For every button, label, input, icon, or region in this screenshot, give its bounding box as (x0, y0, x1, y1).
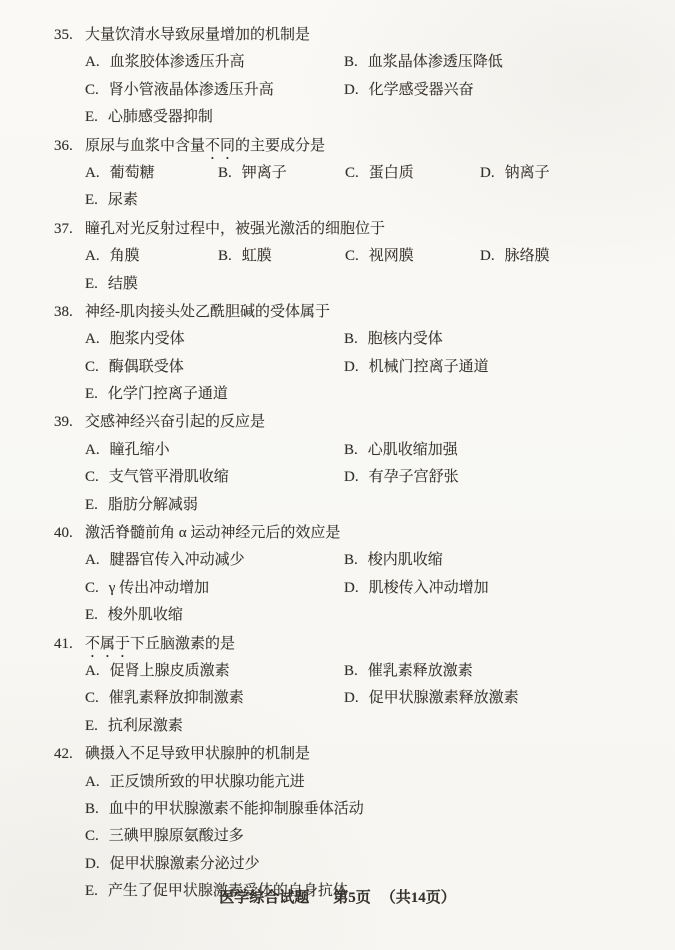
option-text: 葡萄糖 (110, 165, 155, 181)
option-text: γ 传出冲动增加 (109, 580, 209, 596)
option-c: C.肾小管液晶体渗透压升高 (85, 77, 344, 104)
option-text: 正反馈所致的甲状腺功能亢进 (110, 774, 305, 790)
option-label: C. (85, 580, 99, 596)
question-40: 40.激活脊髓前角 α 运动神经元后的效应是 A.腱器官传入冲动减少 B.梭内肌… (54, 520, 659, 630)
option-a: A.血浆胶体渗透压升高 (85, 49, 344, 76)
footer-exam-title: 医学综合试题 (219, 890, 309, 906)
question-stem-row: 36.原尿与血浆中含量不同的主要成分是 (54, 133, 659, 160)
option-a: A.腱器官传入冲动减少 (85, 547, 344, 574)
question-stem-row: 42.碘摄入不足导致甲状腺肿的机制是 (54, 741, 659, 768)
option-text: 催乳素释放激素 (368, 663, 473, 679)
option-label: E. (85, 109, 98, 125)
question-number: 36. (54, 133, 85, 160)
option-text: 支气管平滑肌收缩 (109, 469, 229, 485)
option-b: B.血中的甲状腺激素不能抑制腺垂体活动 (85, 801, 364, 817)
question-42: 42.碘摄入不足导致甲状腺肿的机制是 A.正反馈所致的甲状腺功能亢进 B.血中的… (54, 741, 659, 905)
option-text: 脉络膜 (505, 248, 550, 264)
question-39: 39.交感神经兴奋引起的反应是 A.瞳孔缩小 B.心肌收缩加强 C.支气管平滑肌… (54, 409, 659, 519)
stem-emphasis: 不属于 (85, 636, 130, 652)
question-number: 37. (54, 216, 85, 243)
question-number: 40. (54, 520, 85, 547)
question-number: 41. (54, 631, 85, 658)
option-text: 促甲状腺激素分泌过少 (110, 856, 260, 872)
option-text: 肌梭传入冲动增加 (369, 580, 489, 596)
option-text: 三碘甲腺原氨酸过多 (109, 828, 244, 844)
option-text: 角膜 (110, 248, 140, 264)
option-text: 胞浆内受体 (110, 331, 185, 347)
option-text: 促甲状腺激素释放激素 (369, 690, 519, 706)
option-text: 胞核内受体 (368, 331, 443, 347)
option-row: C.催乳素释放抑制激素 D.促甲状腺激素释放激素 (85, 685, 659, 712)
option-label: B. (344, 552, 358, 568)
question-stem-row: 37.瞳孔对光反射过程中，被强光激活的细胞位于 (54, 216, 659, 243)
option-text: 有孕子宫舒张 (369, 469, 459, 485)
question-stem-row: 38.神经-肌肉接头处乙酰胆碱的受体属于 (54, 299, 659, 326)
option-row: A.角膜 B.虹膜 C.视网膜 D.脉络膜 (85, 243, 659, 270)
option-d: D.有孕子宫舒张 (344, 464, 659, 491)
option-text: 脂肪分解减弱 (108, 497, 198, 513)
option-label: A. (85, 54, 100, 70)
stem-pre: 原尿与血浆中含量 (85, 138, 205, 154)
option-row: C.肾小管液晶体渗透压升高 D.化学感受器兴奋 (85, 77, 659, 104)
question-stem: 不属于下丘脑激素的是 (85, 636, 235, 652)
option-label: A. (85, 663, 100, 679)
question-35: 35.大量饮清水导致尿量增加的机制是 A.血浆胶体渗透压升高 B.血浆晶体渗透压… (54, 22, 659, 132)
option-c: C.视网膜 (345, 243, 480, 270)
option-text: 结膜 (108, 276, 138, 292)
option-label: B. (218, 248, 232, 264)
option-label: A. (85, 774, 100, 790)
option-a: A.胞浆内受体 (85, 326, 344, 353)
option-d: D.肌梭传入冲动增加 (344, 575, 659, 602)
question-37: 37.瞳孔对光反射过程中，被强光激活的细胞位于 A.角膜 B.虹膜 C.视网膜 … (54, 216, 659, 298)
question-number: 38. (54, 299, 85, 326)
option-d: D.脉络膜 (480, 243, 659, 270)
option-label: C. (85, 828, 99, 844)
stem-pre: 大量饮清水导致尿量增加的机制是 (85, 27, 310, 43)
option-text: 血中的甲状腺激素不能抑制腺垂体活动 (109, 801, 364, 817)
option-label: C. (85, 82, 99, 98)
option-text: 血浆胶体渗透压升高 (110, 54, 245, 70)
option-b: B.胞核内受体 (344, 326, 659, 353)
option-text: 梭内肌收缩 (368, 552, 443, 568)
question-41: 41.不属于下丘脑激素的是 A.促肾上腺皮质激素 B.催乳素释放激素 C.催乳素… (54, 631, 659, 741)
option-label: E. (85, 607, 98, 623)
option-d: D.促甲状腺激素释放激素 (344, 685, 659, 712)
option-label: C. (345, 165, 359, 181)
option-d: D.机械门控离子通道 (344, 354, 659, 381)
option-c: C.酶偶联受体 (85, 354, 344, 381)
question-stem: 神经-肌肉接头处乙酰胆碱的受体属于 (85, 304, 330, 320)
option-text: 抗利尿激素 (108, 718, 183, 734)
option-text: 催乳素释放抑制激素 (109, 690, 244, 706)
option-text: 血浆晶体渗透压降低 (368, 54, 503, 70)
option-e: E.梭外肌收缩 (85, 607, 183, 623)
option-text: 化学感受器兴奋 (369, 82, 474, 98)
option-label: B. (218, 165, 232, 181)
option-text: 肾小管液晶体渗透压升高 (109, 82, 274, 98)
option-b: B.钾离子 (218, 160, 345, 187)
option-b: B.虹膜 (218, 243, 345, 270)
option-label: C. (85, 690, 99, 706)
option-c: C.三碘甲腺原氨酸过多 (85, 828, 244, 844)
option-c: C.γ 传出冲动增加 (85, 575, 344, 602)
option-label: C. (345, 248, 359, 264)
question-stem-row: 40.激活脊髓前角 α 运动神经元后的效应是 (54, 520, 659, 547)
stem-post: 的主要成分是 (235, 138, 325, 154)
option-row: E.结膜 (85, 271, 659, 298)
option-text: 促肾上腺皮质激素 (110, 663, 230, 679)
stem-pre: 神经-肌肉接头处乙酰胆碱的受体属于 (85, 304, 330, 320)
option-text: 瞳孔缩小 (110, 442, 170, 458)
option-e: E.结膜 (85, 276, 138, 292)
option-label: D. (85, 856, 100, 872)
option-label: D. (344, 469, 359, 485)
option-text: 梭外肌收缩 (108, 607, 183, 623)
option-row: E.化学门控离子通道 (85, 381, 659, 408)
option-row: E.脂肪分解减弱 (85, 492, 659, 519)
option-b: B.心肌收缩加强 (344, 437, 659, 464)
option-row: C.支气管平滑肌收缩 D.有孕子宫舒张 (85, 464, 659, 491)
option-text: 腱器官传入冲动减少 (110, 552, 245, 568)
option-b: B.催乳素释放激素 (344, 658, 659, 685)
option-e: E.尿素 (85, 192, 138, 208)
question-stem-row: 35.大量饮清水导致尿量增加的机制是 (54, 22, 659, 49)
stem-pre: 瞳孔对光反射过程中，被强光激活的细胞位于 (85, 221, 385, 237)
question-number: 35. (54, 22, 85, 49)
option-text: 心肺感受器抑制 (108, 109, 213, 125)
option-text: 尿素 (108, 192, 138, 208)
option-label: E. (85, 192, 98, 208)
option-label: B. (344, 442, 358, 458)
option-label: D. (344, 82, 359, 98)
option-label: A. (85, 552, 100, 568)
question-number: 42. (54, 741, 85, 768)
option-label: A. (85, 165, 100, 181)
option-row: A.血浆胶体渗透压升高 B.血浆晶体渗透压降低 (85, 49, 659, 76)
option-a: A.葡萄糖 (85, 160, 218, 187)
option-label: E. (85, 497, 98, 513)
option-text: 蛋白质 (369, 165, 414, 181)
option-row: C.三碘甲腺原氨酸过多 (85, 823, 659, 850)
page-footer: 医学综合试题第5页（共14页） (0, 886, 675, 907)
option-text: 化学门控离子通道 (108, 386, 228, 402)
question-stem: 瞳孔对光反射过程中，被强光激活的细胞位于 (85, 221, 385, 237)
question-stem-row: 41.不属于下丘脑激素的是 (54, 631, 659, 658)
option-row: A.促肾上腺皮质激素 B.催乳素释放激素 (85, 658, 659, 685)
question-stem-row: 39.交感神经兴奋引起的反应是 (54, 409, 659, 436)
option-row: D.促甲状腺激素分泌过少 (85, 851, 659, 878)
option-label: B. (344, 54, 358, 70)
option-label: B. (344, 331, 358, 347)
option-row: A.胞浆内受体 B.胞核内受体 (85, 326, 659, 353)
option-e: E.化学门控离子通道 (85, 386, 228, 402)
option-label: E. (85, 718, 98, 734)
option-label: D. (480, 165, 495, 181)
option-row: A.正反馈所致的甲状腺功能亢进 (85, 769, 659, 796)
footer-total-pages: （共14页） (381, 890, 456, 906)
option-row: B.血中的甲状腺激素不能抑制腺垂体活动 (85, 796, 659, 823)
stem-pre: 碘摄入不足导致甲状腺肿的机制是 (85, 746, 310, 762)
option-row: E.梭外肌收缩 (85, 602, 659, 629)
question-stem: 交感神经兴奋引起的反应是 (85, 414, 265, 430)
stem-emphasis: 不同 (205, 138, 235, 154)
option-a: A.角膜 (85, 243, 218, 270)
option-e: E.脂肪分解减弱 (85, 497, 198, 513)
stem-post: 下丘脑激素的是 (130, 636, 235, 652)
option-text: 心肌收缩加强 (368, 442, 458, 458)
question-number: 39. (54, 409, 85, 436)
option-a: A.瞳孔缩小 (85, 437, 344, 464)
question-38: 38.神经-肌肉接头处乙酰胆碱的受体属于 A.胞浆内受体 B.胞核内受体 C.酶… (54, 299, 659, 409)
question-stem: 碘摄入不足导致甲状腺肿的机制是 (85, 746, 310, 762)
option-d: D.钠离子 (480, 160, 659, 187)
option-label: D. (344, 580, 359, 596)
option-c: C.支气管平滑肌收缩 (85, 464, 344, 491)
stem-pre: 激活脊髓前角 α 运动神经元后的效应是 (85, 525, 340, 541)
option-label: B. (85, 801, 99, 817)
option-label: C. (85, 469, 99, 485)
option-b: B.血浆晶体渗透压降低 (344, 49, 659, 76)
option-text: 酶偶联受体 (109, 359, 184, 375)
option-e: E.心肺感受器抑制 (85, 109, 213, 125)
option-d: D.促甲状腺激素分泌过少 (85, 856, 260, 872)
option-text: 钠离子 (505, 165, 550, 181)
option-text: 虹膜 (242, 248, 272, 264)
option-text: 钾离子 (242, 165, 287, 181)
question-stem: 大量饮清水导致尿量增加的机制是 (85, 27, 310, 43)
option-d: D.化学感受器兴奋 (344, 77, 659, 104)
option-c: C.催乳素释放抑制激素 (85, 685, 344, 712)
option-a: A.正反馈所致的甲状腺功能亢进 (85, 774, 305, 790)
exam-page: 35.大量饮清水导致尿量增加的机制是 A.血浆胶体渗透压升高 B.血浆晶体渗透压… (0, 0, 675, 906)
question-stem: 原尿与血浆中含量不同的主要成分是 (85, 138, 325, 154)
option-row: E.心肺感受器抑制 (85, 104, 659, 131)
option-label: D. (480, 248, 495, 264)
question-36: 36.原尿与血浆中含量不同的主要成分是 A.葡萄糖 B.钾离子 C.蛋白质 D.… (54, 133, 659, 215)
option-label: A. (85, 331, 100, 347)
option-row: C.酶偶联受体 D.机械门控离子通道 (85, 354, 659, 381)
option-label: D. (344, 359, 359, 375)
option-label: E. (85, 386, 98, 402)
stem-pre: 交感神经兴奋引起的反应是 (85, 414, 265, 430)
option-label: A. (85, 442, 100, 458)
option-e: E.抗利尿激素 (85, 718, 183, 734)
option-row: A.腱器官传入冲动减少 B.梭内肌收缩 (85, 547, 659, 574)
option-row: E.抗利尿激素 (85, 713, 659, 740)
option-label: A. (85, 248, 100, 264)
option-row: A.瞳孔缩小 B.心肌收缩加强 (85, 437, 659, 464)
option-a: A.促肾上腺皮质激素 (85, 658, 344, 685)
option-label: E. (85, 276, 98, 292)
option-label: D. (344, 690, 359, 706)
option-c: C.蛋白质 (345, 160, 480, 187)
footer-page-number: 第5页 (333, 890, 371, 906)
option-row: C.γ 传出冲动增加 D.肌梭传入冲动增加 (85, 575, 659, 602)
option-row: E.尿素 (85, 187, 659, 214)
option-label: B. (344, 663, 358, 679)
question-stem: 激活脊髓前角 α 运动神经元后的效应是 (85, 525, 340, 541)
option-text: 视网膜 (369, 248, 414, 264)
option-b: B.梭内肌收缩 (344, 547, 659, 574)
option-text: 机械门控离子通道 (369, 359, 489, 375)
option-row: A.葡萄糖 B.钾离子 C.蛋白质 D.钠离子 (85, 160, 659, 187)
option-label: C. (85, 359, 99, 375)
